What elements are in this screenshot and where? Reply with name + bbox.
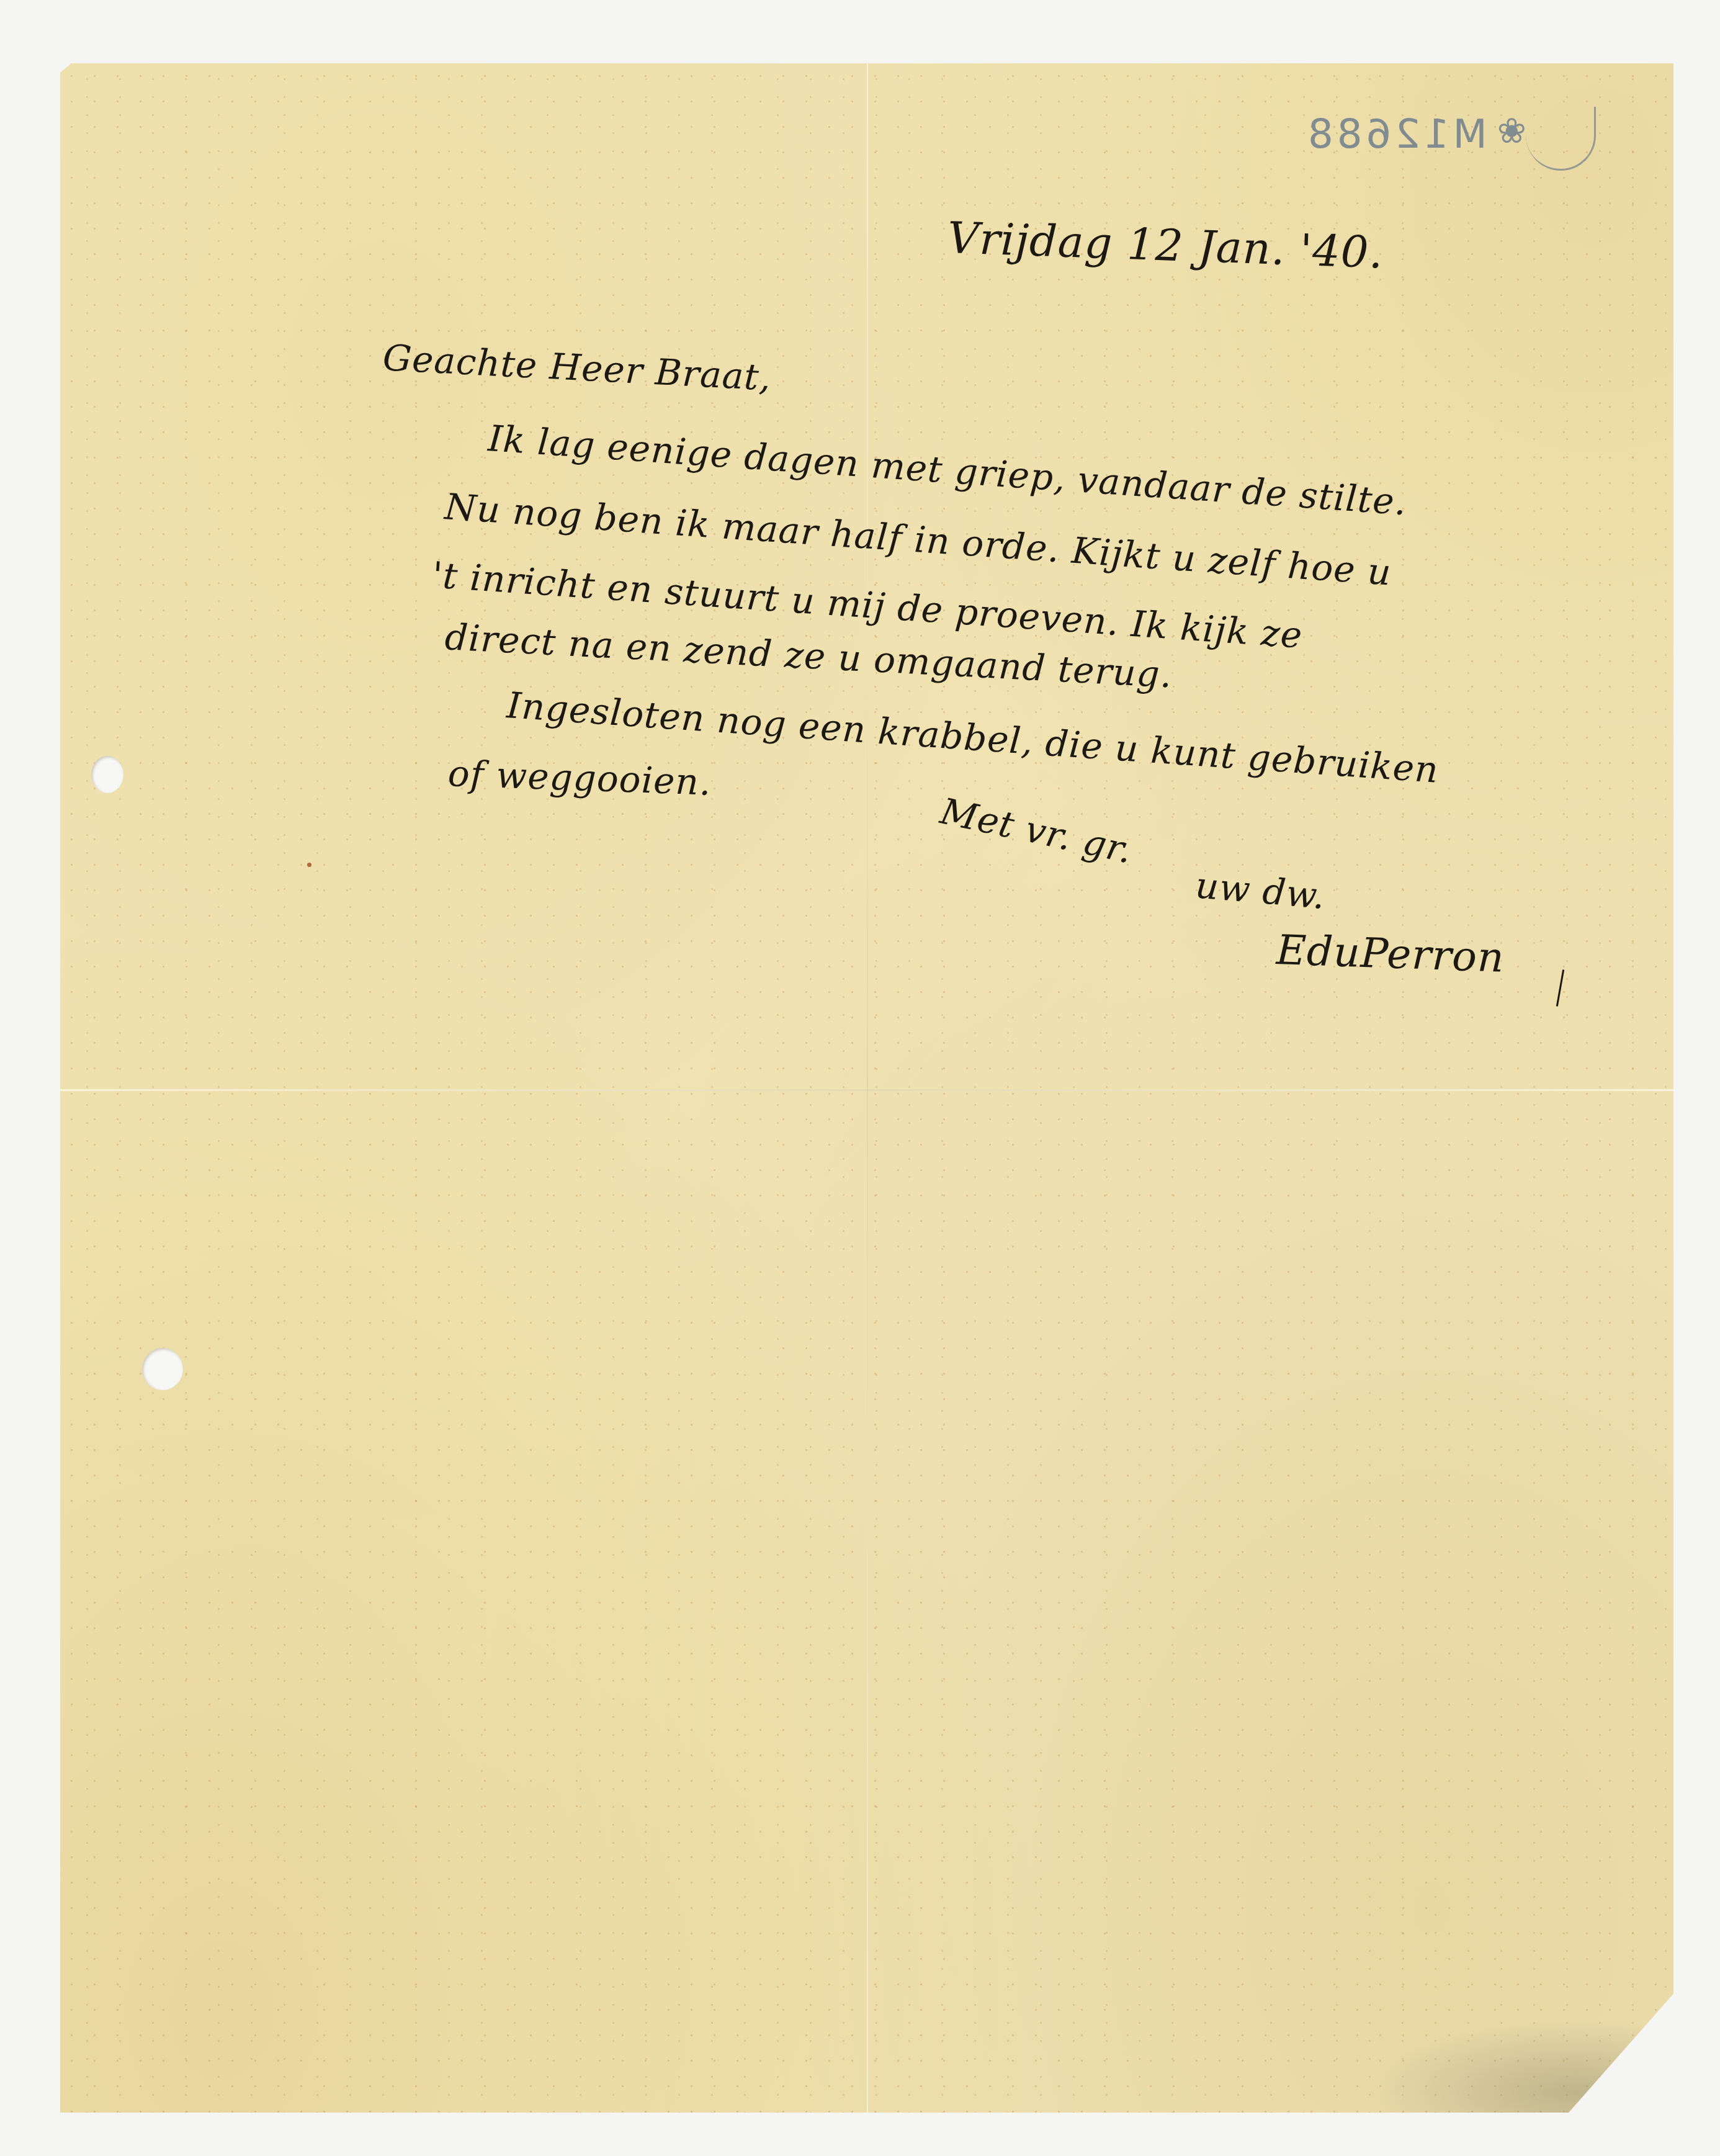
stamp-number: M12688 xyxy=(1304,112,1487,158)
letter-paper: ❀ M12688 Vrijdag 12 Jan. '40. Geachte He… xyxy=(60,63,1673,2113)
archive-stamp: ❀ M12688 xyxy=(1304,94,1615,175)
signature: EduPerron xyxy=(1276,926,1505,982)
lion-emblem-icon: ❀ xyxy=(1494,111,1526,151)
ink-spot xyxy=(307,863,311,867)
vertical-fold-line xyxy=(867,63,868,2113)
corner-stain xyxy=(1351,2013,1673,2113)
body-line-6: of weggooien. xyxy=(447,752,712,804)
letter-date: Vrijdag 12 Jan. '40. xyxy=(947,212,1384,278)
signature-tail xyxy=(1556,969,1564,1007)
letter-closing: Met vr. gr. xyxy=(937,790,1137,872)
stamp-flourish-icon xyxy=(1526,107,1596,171)
punch-hole-top xyxy=(91,756,123,793)
letter-salutation: Geachte Heer Braat, xyxy=(382,336,772,399)
letter-closing-2: uw dw. xyxy=(1194,864,1327,917)
punch-hole-bottom xyxy=(142,1348,183,1390)
horizontal-fold-line xyxy=(60,1089,1673,1091)
